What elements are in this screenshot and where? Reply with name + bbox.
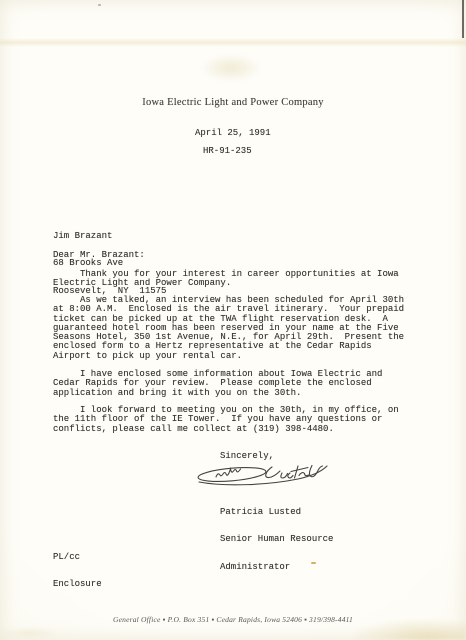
paragraph-1: Thank you for your interest in career op… — [53, 270, 399, 289]
enclosure-notation: Enclosure — [53, 580, 102, 589]
letter-page: Iowa Electric Light and Power Company Ap… — [0, 0, 466, 640]
salutation: Dear Mr. Brazant: — [53, 251, 145, 260]
scan-artifact-smudge — [0, 628, 60, 638]
signer-title-line2: Administrator — [220, 563, 333, 572]
scan-artifact-edge-line — [462, 0, 464, 38]
letter-date: April 25, 1991 — [195, 129, 271, 138]
paragraph-2: As we talked, an interview has been sche… — [53, 296, 404, 361]
letterhead-company-name: Iowa Electric Light and Power Company — [0, 97, 466, 108]
scan-artifact-band — [0, 38, 466, 47]
scanned-letter: { "colors": { "paper": "#fcfaf1", "ink":… — [0, 0, 466, 640]
typist-initials: PL/cc — [53, 553, 102, 562]
signer-title-line1: Senior Human Resource — [220, 535, 333, 544]
signer-typed-name: Patricia Lusted — [220, 508, 333, 517]
notation-block: PL/cc Enclosure — [53, 534, 102, 608]
letter-reference-number: HR-91-235 — [203, 147, 252, 156]
signoff: Sincerely, — [220, 452, 274, 461]
recipient-name: Jim Brazant — [53, 232, 166, 241]
signature-block: Patricia Lusted Senior Human Resource Ad… — [220, 489, 333, 591]
paragraph-4: I look forward to meeting you on the 30t… — [53, 406, 399, 434]
letterhead-footer-address: General Office ▪ P.O. Box 351 ▪ Cedar Ra… — [0, 615, 466, 624]
recipient-street: 68 Brooks Ave — [53, 259, 166, 268]
handwritten-signature — [196, 463, 330, 489]
scan-artifact-speck — [98, 4, 101, 6]
scan-artifact-ghost-logo — [200, 54, 262, 82]
paragraph-3: I have enclosed some information about I… — [53, 370, 382, 398]
